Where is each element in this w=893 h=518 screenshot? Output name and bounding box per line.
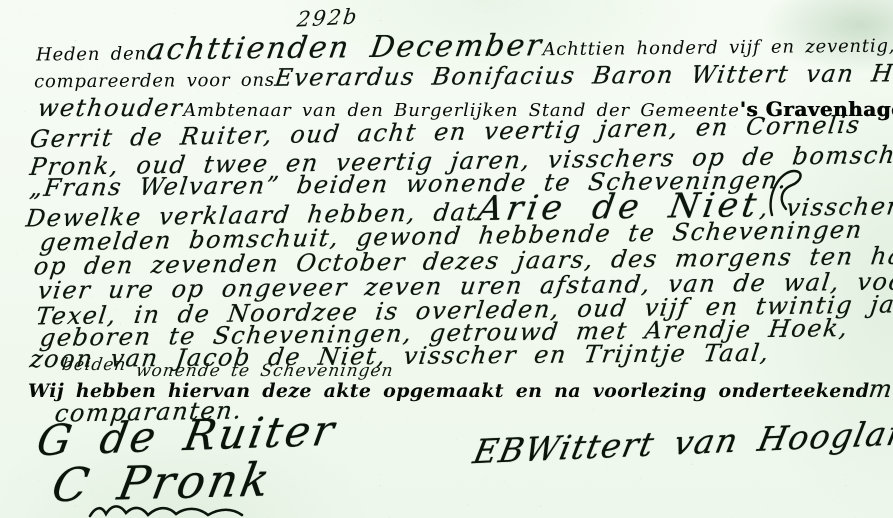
cutoff-signature-fragment	[88, 504, 288, 518]
signature-block: G de RuiterC PronkEBWittert van Hoogland	[0, 0, 893, 518]
signature-wittert-van-hoogland: EBWittert van Hoogland	[470, 412, 893, 471]
death-record-scan: 292bHeden den achttienden December Achtt…	[0, 0, 893, 518]
paraph-flourish	[758, 165, 818, 225]
